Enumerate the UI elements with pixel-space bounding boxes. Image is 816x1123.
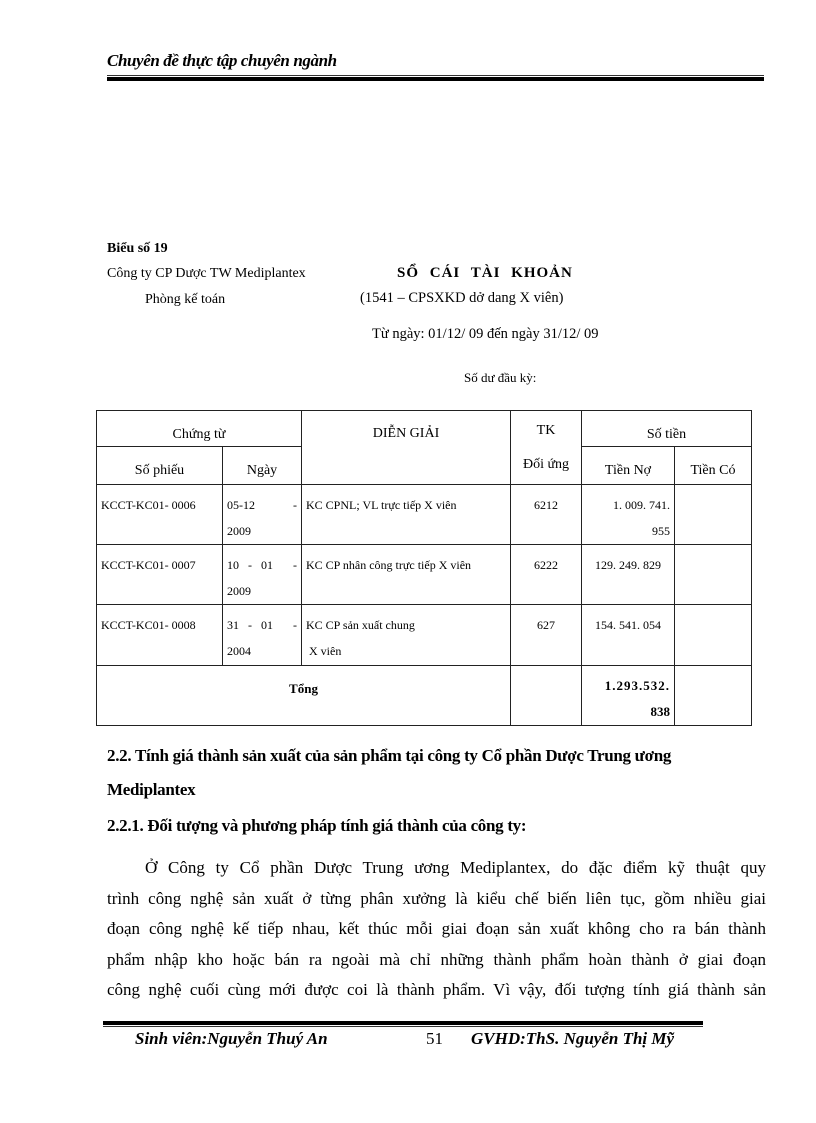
page-number: 51 — [426, 1029, 443, 1049]
description-line: X viên — [306, 638, 506, 664]
cell-account: 6222 — [511, 545, 582, 605]
form-label: Biểu số 19 — [107, 241, 168, 257]
debit-line: 154. 541. 054 — [586, 612, 670, 638]
opening-balance-label: Số dư đầu kỳ: — [464, 370, 536, 386]
cell-date: 10 - 01- 2009 — [223, 545, 302, 605]
date-part: 10 - 01 — [227, 552, 273, 578]
footer-advisor: GVHD:ThS. Nguyễn Thị Mỹ — [471, 1029, 674, 1049]
cell-description: KC CP sản xuất chung X viên — [302, 605, 511, 666]
date-year: 2004 — [227, 638, 297, 664]
header-debit: Tiền Nợ — [582, 447, 675, 485]
cell-date: 31 - 01- 2004 — [223, 605, 302, 666]
debit-line: 955 — [586, 518, 670, 544]
body-paragraph: Ở Công ty Cổ phần Dược Trung ương Medipl… — [107, 853, 766, 1006]
description-line: KC CP sản xuất chung — [306, 612, 506, 638]
cell-debit: 154. 541. 054 — [582, 605, 675, 666]
header-amount: Số tiền — [582, 411, 752, 447]
total-debit-line: 838 — [586, 699, 670, 725]
paragraph-line: trình công nghệ sản xuất ở từng phân xưở… — [107, 884, 766, 915]
cell-debit: 129. 249. 829 — [582, 545, 675, 605]
ledger-date-range: Từ ngày: 01/12/ 09 đến ngày 31/12/ 09 — [372, 326, 599, 343]
cell-description: KC CPNL; VL trực tiếp X viên — [302, 485, 511, 545]
debit-line: 129. 249. 829 — [586, 552, 670, 578]
cell-credit — [675, 605, 752, 666]
header-description: DIỄN GIẢI — [302, 411, 511, 485]
header-rule-thin — [107, 75, 764, 76]
footer-student: Sinh viên:Nguyễn Thuý An — [135, 1029, 328, 1049]
debit-line: 1. 009. 741. — [586, 492, 670, 518]
footer-rule-thick — [103, 1021, 703, 1025]
description-line: KC CP nhân công trực tiếp X viên — [306, 552, 506, 578]
total-account-cell — [511, 666, 582, 726]
header-account-line2: Đối ứng — [515, 456, 577, 474]
cell-voucher-no: KCCT-KC01- 0006 — [97, 485, 223, 545]
table-row: KCCT-KC01- 0007 10 - 01- 2009 KC CP nhân… — [97, 545, 752, 605]
cell-voucher-no: KCCT-KC01- 0008 — [97, 605, 223, 666]
section-heading-cont: Mediplantex — [107, 780, 195, 800]
footer-rule-thin — [103, 1026, 703, 1027]
paragraph-line: đoạn công nghệ kế tiếp nhau, kết thúc mỗ… — [107, 914, 766, 945]
cell-description: KC CP nhân công trực tiếp X viên — [302, 545, 511, 605]
date-part: 31 - 01 — [227, 612, 273, 638]
description-line: KC CPNL; VL trực tiếp X viên — [306, 492, 506, 518]
date-dash: - — [293, 552, 297, 578]
total-credit — [675, 666, 752, 726]
section-heading: 2.2. Tính giá thành sản xuất của sản phẩ… — [107, 746, 671, 766]
cell-account: 6212 — [511, 485, 582, 545]
date-year: 2009 — [227, 578, 297, 604]
header-account-line1: TK — [515, 422, 577, 440]
ledger-table: Chứng từ DIỄN GIẢI TK Đối ứng Số tiền Số… — [96, 410, 751, 721]
header-date: Ngày — [223, 447, 302, 485]
ledger-title: SỔ CÁI TÀI KHOẢN — [397, 265, 573, 282]
header-credit: Tiền Có — [675, 447, 752, 485]
table-total-row: Tổng 1.293.532. 838 — [97, 666, 752, 726]
paragraph-line: Ở Công ty Cổ phần Dược Trung ương Medipl… — [107, 853, 766, 884]
cell-date: 05-12- 2009 — [223, 485, 302, 545]
table-row: KCCT-KC01- 0008 31 - 01- 2004 KC CP sản … — [97, 605, 752, 666]
total-debit: 1.293.532. 838 — [582, 666, 675, 726]
cell-voucher-no: KCCT-KC01- 0007 — [97, 545, 223, 605]
total-label: Tổng — [97, 666, 511, 726]
department-name: Phòng kế toán — [145, 292, 225, 308]
header-rule-thick — [107, 77, 764, 81]
ledger-subtitle: (1541 – CPSXKD dở dang X viên) — [360, 290, 563, 307]
header-account: TK Đối ứng — [511, 411, 582, 485]
subsection-heading: 2.2.1. Đối tượng và phương pháp tính giá… — [107, 816, 526, 836]
company-name: Công ty CP Dược TW Mediplantex — [107, 266, 306, 282]
cell-account: 627 — [511, 605, 582, 666]
running-header-title: Chuyên đề thực tập chuyên ngành — [107, 51, 337, 71]
date-part: 05-12 — [227, 492, 255, 518]
paragraph-line: công nghệ cuối cùng mới được coi là thàn… — [107, 975, 766, 1006]
header-voucher-no: Số phiếu — [97, 447, 223, 485]
paragraph-line: phẩm nhập kho hoặc bán ra ngoài mà chỉ n… — [107, 945, 766, 976]
table-row: KCCT-KC01- 0006 05-12- 2009 KC CPNL; VL … — [97, 485, 752, 545]
cell-credit — [675, 485, 752, 545]
date-year: 2009 — [227, 518, 297, 544]
header-voucher: Chứng từ — [97, 411, 302, 447]
total-debit-line: 1.293.532. — [586, 673, 670, 699]
cell-debit: 1. 009. 741. 955 — [582, 485, 675, 545]
date-dash: - — [293, 612, 297, 638]
date-dash: - — [293, 492, 297, 518]
cell-credit — [675, 545, 752, 605]
